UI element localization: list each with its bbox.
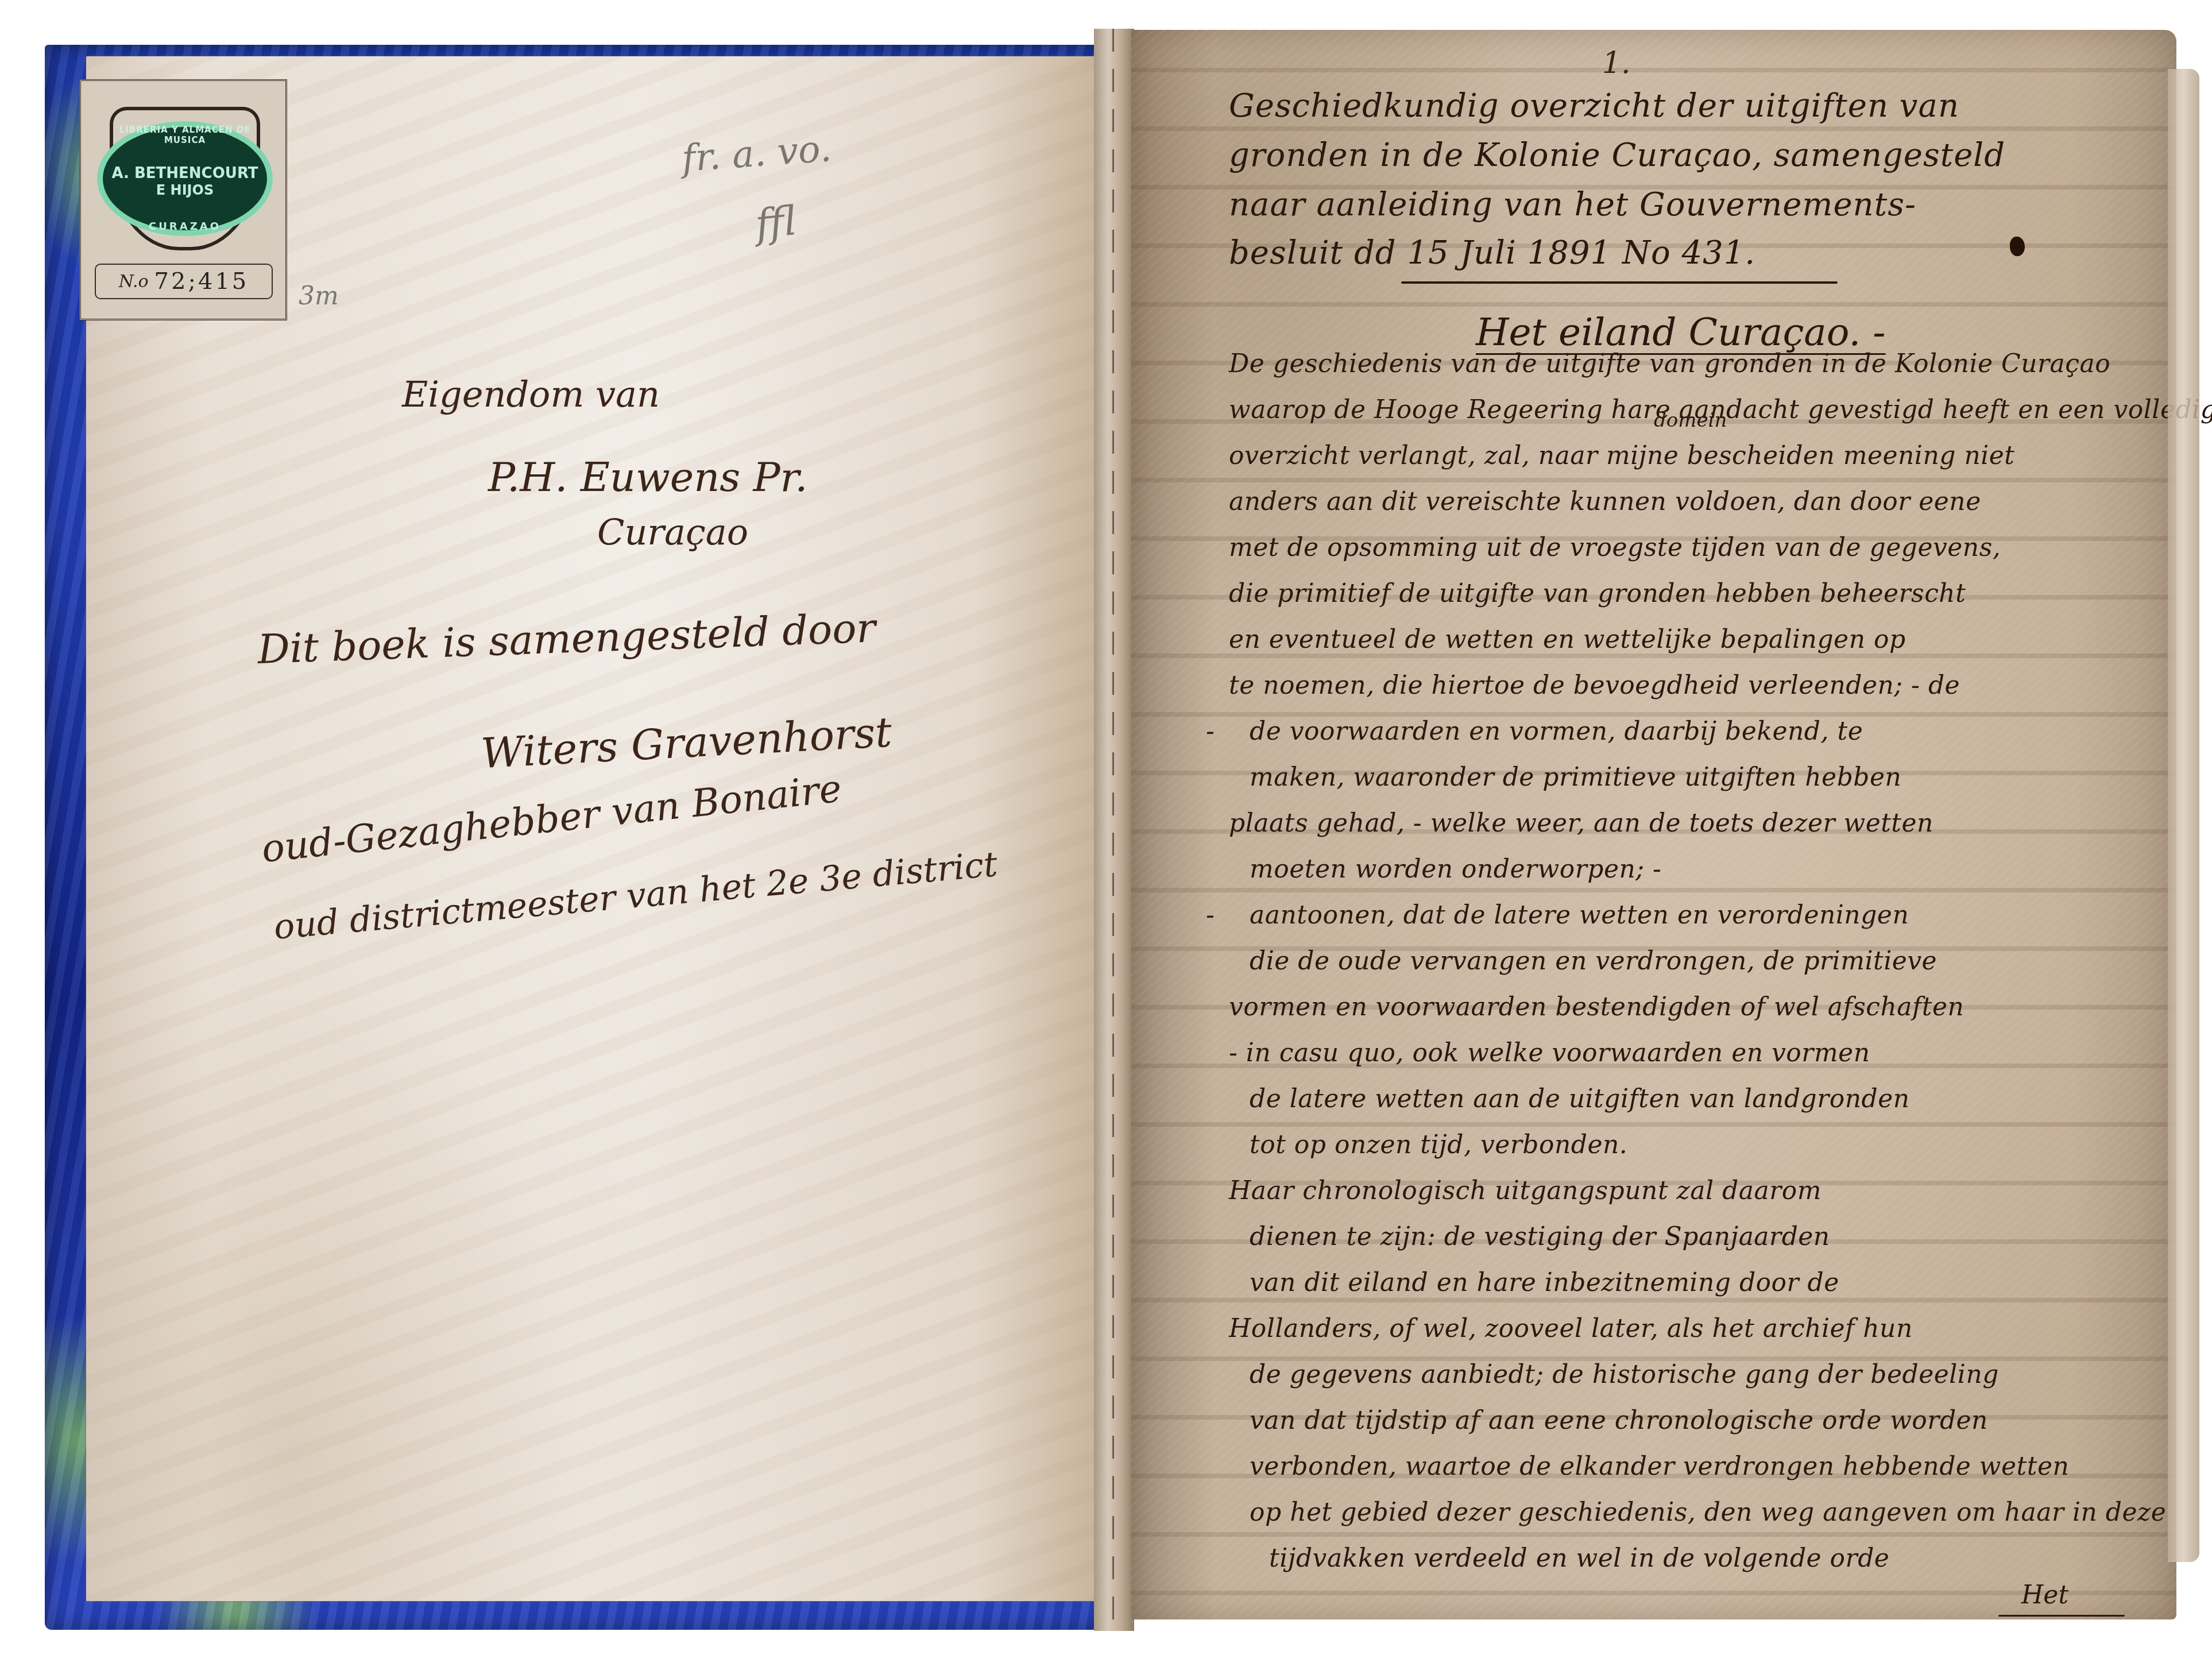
title-line-1: Geschiedkundig overzicht der uitgiften v… [1229, 87, 1959, 125]
catchword: Het [2021, 1580, 2068, 1610]
body-line: en eventueel de wetten en wettelijke bep… [1229, 625, 1906, 654]
body-line: de gegevens aanbiedt; de historische gan… [1250, 1360, 1999, 1389]
section-heading: Het eiland Curaçao. - [1476, 310, 1886, 354]
body-line: tijdvakken verdeeld en wel in de volgend… [1269, 1544, 1889, 1573]
title-line-4: besluit dd 15 Juli 1891 No 431. [1229, 234, 1755, 272]
bookseller-seal: LIBRERIA Y ALMACEN DE MUSICA A. BETHENCO… [97, 121, 273, 236]
body-line: van dit eiland en hare inbezitneming doo… [1250, 1268, 1839, 1297]
body-line: die primitief de uitgifte van gronden he… [1229, 579, 1966, 608]
page-fore-edge [2168, 69, 2199, 1562]
body-line: op het gebied dezer geschiedenis, den we… [1250, 1498, 2166, 1527]
body-line: dienen te zijn: de vestiging der Spanjaa… [1250, 1222, 1830, 1251]
title-line-2: gronden in de Kolonie Curaçao, samengest… [1229, 137, 2005, 174]
owner-place: Curaçao [597, 511, 748, 553]
margin-dash: - [1206, 717, 1215, 746]
manuscript-page: 1. Geschiedkundig overzicht der uitgifte… [1131, 30, 2176, 1619]
seal-name-line-2: E HIJOS [156, 182, 214, 198]
body-line: de voorwaarden en vormen, daarbij bekend… [1250, 717, 1863, 746]
body-line: anders aan dit vereischte kunnen voldoen… [1229, 487, 1981, 516]
bookseller-label: LIBRERIA Y ALMACEN DE MUSICA A. BETHENCO… [79, 79, 287, 320]
body-line: moeten worden onderworpen; - [1250, 855, 1661, 884]
body-line: met de opsomming uit de vroegste tijden … [1229, 533, 2001, 562]
margin-dash: - [1206, 900, 1215, 930]
body-line: verbonden, waartoe de elkander verdronge… [1250, 1452, 2069, 1481]
seal-city-text: CURAZAO [103, 221, 267, 233]
label-number-plate: N.o 72;415 [95, 264, 273, 299]
title-underline-rule [1401, 281, 1838, 284]
ink-blot [2010, 237, 2025, 256]
body-line: tot op onzen tijd, verbonden. [1250, 1130, 1627, 1159]
seal-name-line-1: A. BETHENCOURT [111, 165, 258, 182]
body-line: de latere wetten aan de uitgiften van la… [1250, 1084, 1910, 1114]
title-line-3: naar aanleiding van het Gouvernements- [1229, 186, 1916, 223]
owner-name: P.H. Euwens Pr. [488, 454, 808, 501]
body-line: De geschiedenis van de uitgifte van gron… [1229, 349, 2110, 378]
body-line: Haar chronologisch uitgangspunt zal daar… [1229, 1176, 1822, 1205]
book-gutter-spine [1094, 29, 1134, 1631]
body-line: Hollanders, of wel, zooveel later, als h… [1229, 1314, 1913, 1343]
body-line: maken, waaronder de primitieve uitgiften… [1250, 763, 1901, 792]
pencil-note-sub: ffl [753, 197, 797, 248]
body-line: plaats gehad, - welke weer, aan de toets… [1229, 809, 1933, 838]
body-line: te noemen, die hiertoe de bevoegdheid ve… [1229, 671, 1960, 700]
body-line: waarop de Hooge Regeering hare aandacht … [1229, 395, 2212, 424]
body-line: - in casu quo, ook welke voorwaarden en … [1229, 1038, 1870, 1068]
catchword-rule [1998, 1615, 2125, 1617]
label-number-value: 72;415 [154, 268, 249, 295]
body-line: van dat tijdstip af aan eene chronologis… [1250, 1406, 1988, 1435]
ownership-label: Eigendom van [402, 373, 660, 415]
seal-ring-top-text: LIBRERIA Y ALMACEN DE MUSICA [103, 125, 267, 145]
pencil-margin-note: 3m [299, 281, 339, 311]
page-number: 1. [1602, 46, 1631, 80]
body-line: die de oude vervangen en verdrongen, de … [1250, 946, 1937, 976]
body-line: vormen en voorwaarden bestendigden of we… [1229, 992, 1964, 1022]
label-number-prefix: N.o [119, 272, 149, 292]
body-line: aantoonen, dat de latere wetten en veror… [1250, 900, 1909, 930]
body-line: overzicht verlangt, zal, naar mijne besc… [1229, 441, 2015, 470]
